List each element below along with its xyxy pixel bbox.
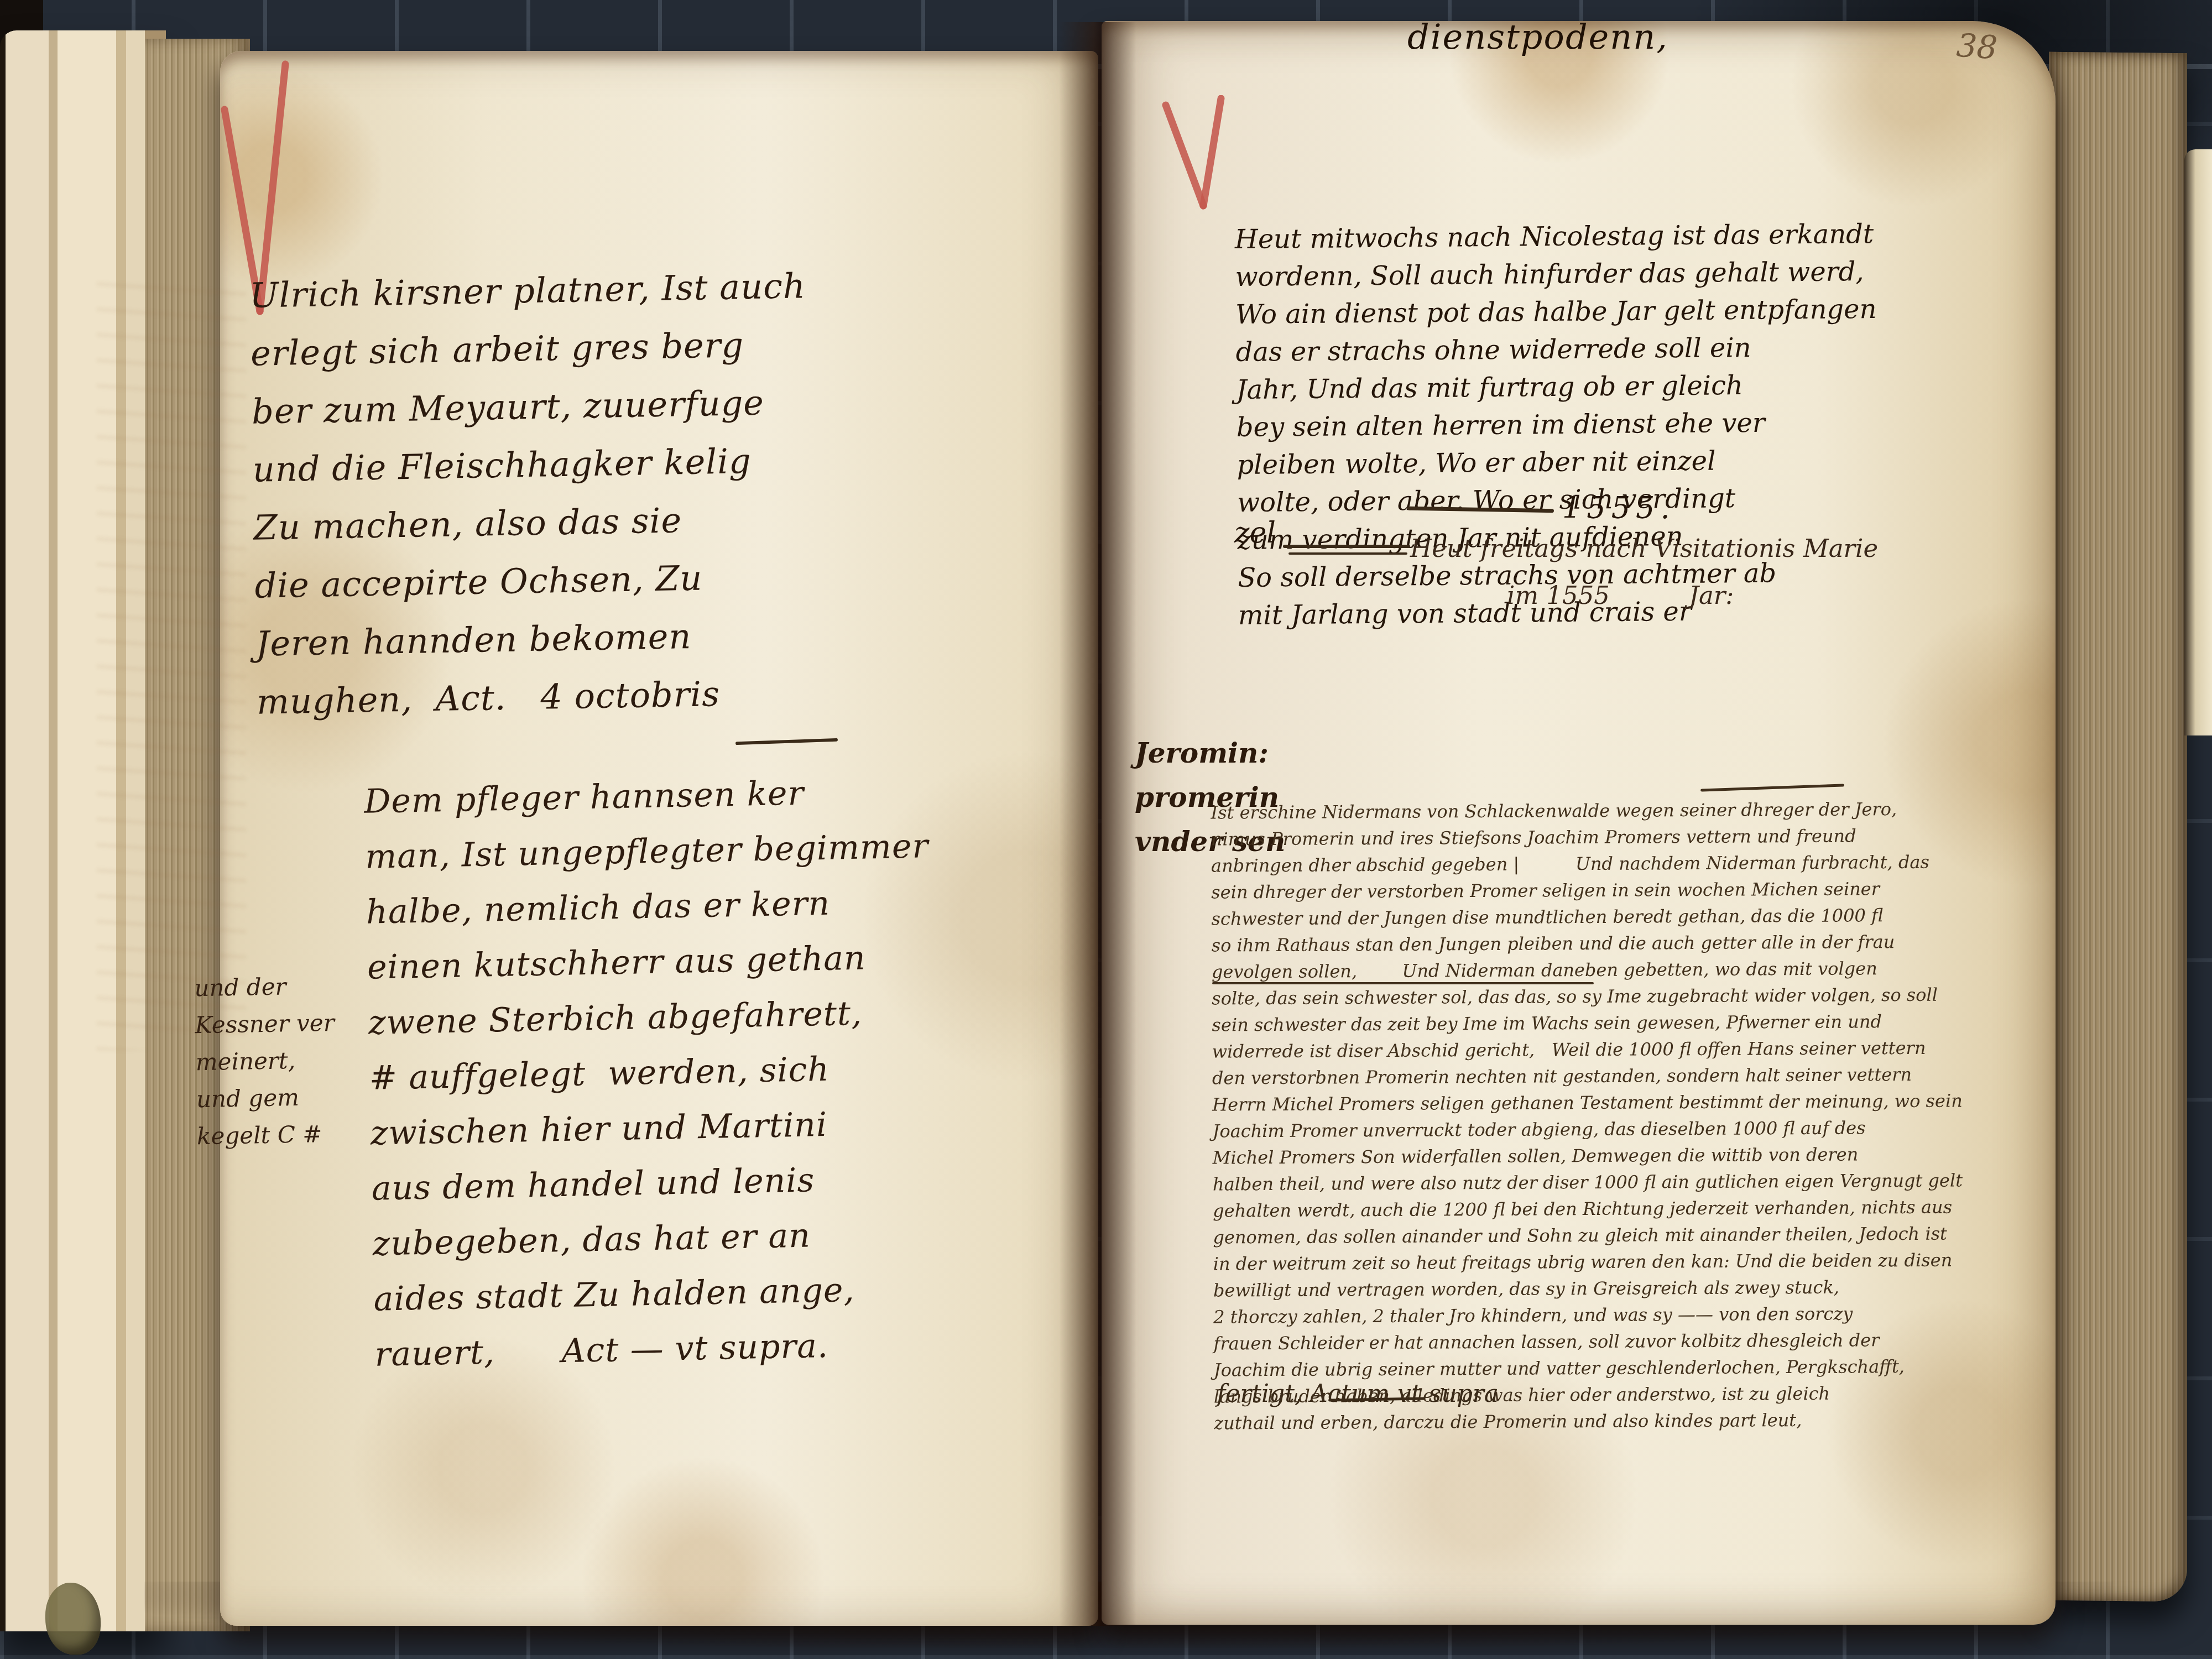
text-line: pleiben wolte, Wo er aber nit einzel xyxy=(1237,441,1878,484)
red-check-mark-right xyxy=(1159,95,1231,222)
margin-note-line: und gem xyxy=(196,1078,336,1118)
dateline-visitationis: Heut freitags nach Visitationis Marie xyxy=(1410,534,1878,563)
margin-note-line: und der xyxy=(194,967,334,1006)
text-line: Zu machen, also das sie xyxy=(253,489,810,557)
text-line: Wo ain dienst pot das halbe Jar gelt ent… xyxy=(1235,290,1877,333)
text-line: Dem pfleger hannsen ker xyxy=(363,763,928,830)
flourish-underline xyxy=(1283,545,1410,548)
dateline-year: im 1555 Jar: xyxy=(1507,581,1734,610)
text-line: nimus Promerin und ires Stiefsons Joachi… xyxy=(1211,822,1961,852)
text-line: das er strachs ohne widerrede soll ein xyxy=(1235,328,1877,371)
right-fore-edge-stack xyxy=(2049,52,2187,1602)
text-line: Heut mitwochs nach Nicolestag ist das er… xyxy=(1235,215,1876,258)
closing-formula: fertigt, Actum vt supra xyxy=(1217,1380,1499,1408)
text-line: bey sein alten herren im dienst ehe ver xyxy=(1237,403,1878,446)
text-line: # auffgelegt werden, sich xyxy=(369,1040,933,1106)
text-line: den verstorbnen Promerin nechten nit ges… xyxy=(1212,1061,1963,1091)
margin-note-line: Kessner ver xyxy=(195,1004,335,1044)
text-line: Jahr, Und das mit furtrag ob er gleich xyxy=(1236,366,1877,409)
text-line: man, Ist ungepflegter begimmer xyxy=(364,818,929,885)
text-line: Joachim die ubrig seiner mutter und vatt… xyxy=(1214,1353,1964,1383)
text-line: sein dhreger der verstorben Promer selig… xyxy=(1211,875,1961,905)
text-line: sein schwester das zeit bey Ime im Wachs… xyxy=(1212,1008,1962,1038)
text-line: erlegt sich arbeit gres berg xyxy=(250,315,807,383)
text-line: bewilligt und vertragen worden, das sy i… xyxy=(1213,1273,1964,1303)
left-page-entry-2: Dem pfleger hannsen kerman, Ist ungepfle… xyxy=(361,597,939,1382)
right-page-body-entry: Ist erschine Nidermans von Schlackenwald… xyxy=(1211,716,1964,1436)
text-line: schwester und der Jungen dise mundtliche… xyxy=(1211,901,1961,932)
folio-number: 38 xyxy=(1955,27,1999,67)
text-line: genomen, das sollen ainander und Sohn zu… xyxy=(1213,1220,1963,1250)
flourish-underline xyxy=(1288,552,1407,555)
book-gutter-shadow xyxy=(1059,22,1136,1626)
text-line: halbe, nemlich das er kern xyxy=(366,874,930,940)
text-line: anbringen dher abschid gegeben | Und nac… xyxy=(1211,848,1961,879)
text-line: Joachim Promer unverruckt toder abgieng,… xyxy=(1212,1114,1963,1144)
text-line: Ulrich kirsner platner, Ist auch xyxy=(249,257,806,325)
text-line: ber zum Meyaurt, zuuerfuge xyxy=(251,373,808,441)
text-line: wolte, oder aber. Wo er sich verdingt xyxy=(1237,478,1879,521)
text-line: halben theil, und were also nutz der dis… xyxy=(1213,1167,1963,1197)
text-line: 2 thorczy zahlen, 2 thaler Jro khindern,… xyxy=(1213,1300,1964,1330)
text-line: frauen Schleider er hat annachen lassen,… xyxy=(1213,1326,1964,1357)
text-line: aides stadt Zu halden ange, xyxy=(373,1261,938,1327)
text-line: solte, das sein schwester sol, das das, … xyxy=(1212,981,1962,1011)
text-line: aus dem handel und lenis xyxy=(371,1150,936,1217)
adjacent-book-edge xyxy=(2184,149,2212,735)
text-line: rauert, Act — vt supra. xyxy=(374,1316,939,1383)
text-line: zwene Sterbich abgefahrett, xyxy=(368,984,932,1051)
margin-note-line: meinert, xyxy=(195,1041,335,1081)
text-line: Ist erschine Nidermans von Schlackenwald… xyxy=(1211,795,1961,826)
text-line: zwischen hier und Martini xyxy=(370,1095,935,1161)
text-line: wordenn, Soll auch hinfurder das gehalt … xyxy=(1235,253,1876,296)
year-figure: 1555. xyxy=(1562,489,1676,527)
left-page-margin-note: und derKessner vermeinert,und gemkegelt … xyxy=(192,856,337,1155)
page-heading: dienstpodenn, xyxy=(1407,17,1668,57)
text-line: so ihm Rathaus stan den Jungen pleiben u… xyxy=(1212,928,1962,958)
text-line: und die Fleischhagker kelig xyxy=(252,431,809,499)
photograph-of-open-manuscript-book: Ulrich kirsner platner, Ist aucherlegt s… xyxy=(0,0,2212,1659)
text-line: einen kutschherr aus gethan xyxy=(367,929,931,995)
text-line: in der weitrum zeit so heut freitags ubr… xyxy=(1213,1246,1964,1277)
entry-tail-word: zel xyxy=(1234,514,1276,552)
text-line: zuthail und erben, darczu die Promerin u… xyxy=(1214,1406,1964,1436)
text-line: zubegeben, das hat er an xyxy=(372,1206,937,1272)
text-line: Michel Promers Son widerfallen sollen, D… xyxy=(1213,1140,1963,1171)
margin-note-line: kegelt C # xyxy=(197,1115,337,1155)
text-line: gevolgen sollen, Und Niderman daneben ge… xyxy=(1212,954,1962,985)
text-line: widerrede ist diser Abschid gericht, Wei… xyxy=(1212,1034,1963,1065)
underline-mark xyxy=(1212,982,1594,984)
text-line: Herrn Michel Promers seligen gethanen Te… xyxy=(1212,1087,1963,1118)
text-line: gehalten werdt, auch die 1200 fl bei den… xyxy=(1213,1193,1963,1224)
